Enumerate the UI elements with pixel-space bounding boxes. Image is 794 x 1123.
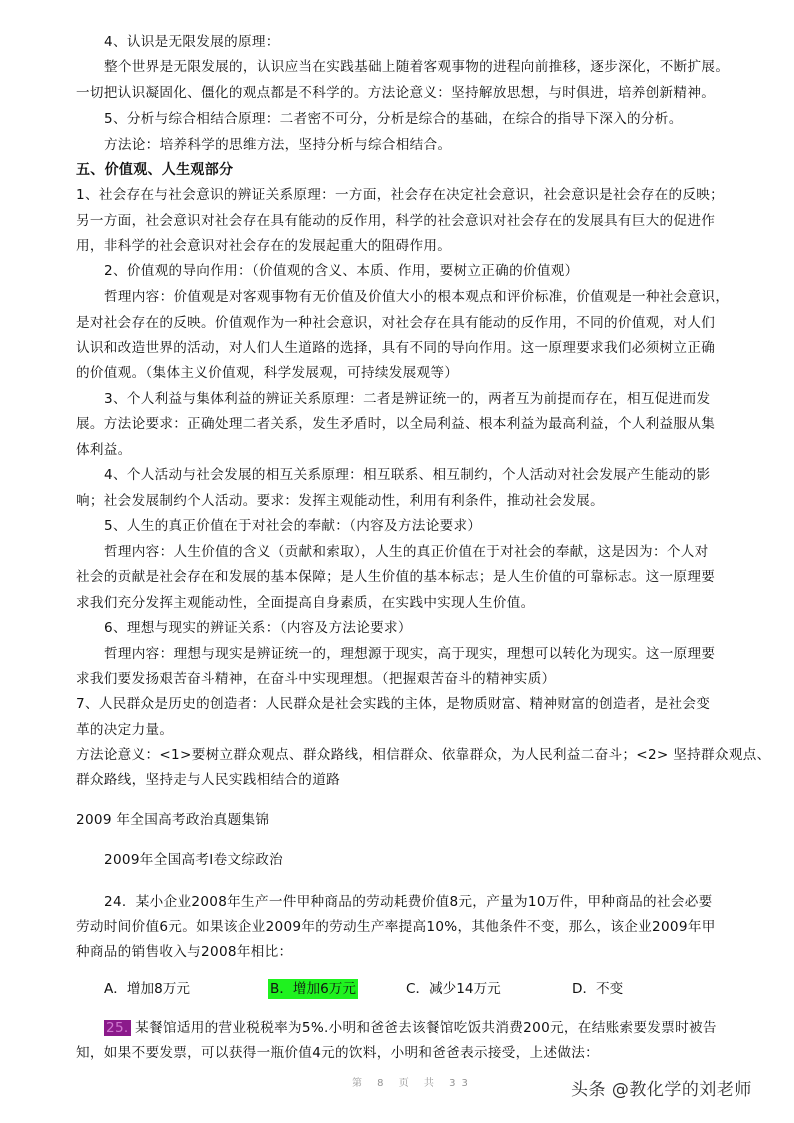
text-line: 5、分析与综合相结合原理：二者密不可分，分析是综合的基础，在综合的指导下深入的分… xyxy=(104,109,683,129)
collection-title: 2009 年全国高考政治真题集锦 xyxy=(76,810,269,830)
text-line: 6、理想与现实的辨证关系：（内容及方法论要求） xyxy=(104,618,412,638)
text-line: 一切把认识凝固化、僵化的观点都是不科学的。方法论意义：坚持解放思想，与时俱进，培… xyxy=(76,83,715,103)
text-line: 整个世界是无限发展的，认识应当在实践基础上随着客观事物的进程向前推移，逐步深化，… xyxy=(104,57,729,77)
text-line: 5、人生的真正价值在于对社会的奉献：（内容及方法论要求） xyxy=(104,516,481,536)
text-line: 的价值观。（集体主义价值观，科学发展观，可持续发展观等） xyxy=(76,363,458,383)
section-heading: 五、价值观、人生观部分 xyxy=(76,160,233,180)
q25-line-1: 25. 某餐馆适用的营业税税率为5%.小明和爸爸去该餐馆吃饭共消费200元，在结… xyxy=(104,1018,717,1038)
q25-number-highlight: 25. xyxy=(104,1020,131,1036)
q25-line-2: 知，如果不要发票，可以获得一瓶价值4元的饮料，小明和爸爸表示接受，上述做法： xyxy=(76,1043,599,1063)
option-d[interactable]: D．不变 xyxy=(572,979,623,999)
text-line: 群众路线，坚持走与人民实践相结合的道路 xyxy=(76,770,340,790)
question-24-line: 劳动时间价值6元。如果该企业2009年的劳动生产率提高10%，其他条件不变，那么… xyxy=(76,917,716,937)
text-line: 求我们要发扬艰苦奋斗精神，在奋斗中实现理想。（把握艰苦奋斗的精神实质） xyxy=(76,669,555,689)
option-b-highlighted[interactable]: B．增加6万元 xyxy=(268,979,358,999)
text-line: 方法论意义：<1>要树立群众观点、群众路线，相信群众、依靠群众，为人民利益二奋斗… xyxy=(76,745,771,765)
q24-options: A．增加8万元 B．增加6万元 C．减少14万元 D．不变 xyxy=(0,979,794,1001)
text-line: 方法论：培养科学的思维方法，坚持分析与综合相结合。 xyxy=(104,135,451,155)
option-c[interactable]: C．减少14万元 xyxy=(406,979,501,999)
watermark: 头条 @教化学的刘老师 xyxy=(571,1075,752,1100)
text-line: 4、个人活动与社会发展的相互关系原理：相互联系、相互制约，个人活动对社会发展产生… xyxy=(104,465,710,485)
option-a[interactable]: A．增加8万元 xyxy=(104,979,190,999)
text-line: 社会的贡献是社会存在和发展的基本保障；是人生价值的基本标志；是人生价值的可靠标志… xyxy=(76,567,715,587)
text-line: 求我们充分发挥主观能动性，全面提高自身素质，在实践中实现人生价值。 xyxy=(76,593,535,613)
text-line: 2、价值观的导向作用：（价值观的含义、本质、作用，要树立正确的价值观） xyxy=(104,261,579,281)
text-line: 革的决定力量。 xyxy=(76,720,173,740)
text-line: 哲理内容：价值观是对客观事物有无价值及价值大小的根本观点和评价标准，价值观是一种… xyxy=(104,287,729,307)
paper-title: 2009年全国高考I卷文综政治 xyxy=(104,850,283,870)
question-24-line: 种商品的销售收入与2008年相比： xyxy=(76,942,292,962)
text-line: 展。方法论要求：正确处理二者关系，发生矛盾时，以全局利益、根本利益为最高利益，个… xyxy=(76,414,715,434)
text-line: 3、个人利益与集体利益的辨证关系原理：二者是辨证统一的，两者互为前提而存在，相互… xyxy=(104,389,710,409)
text-line: 是对社会存在的反映。价值观作为一种社会意识，对社会存在具有能动的反作用，不同的价… xyxy=(76,313,715,333)
text-line: 用，非科学的社会意识对社会存在的发展起重大的阻碍作用。 xyxy=(76,236,451,256)
q25-text: 某餐馆适用的营业税税率为5%.小明和爸爸去该餐馆吃饭共消费200元，在结账索要发… xyxy=(135,1020,717,1036)
text-line: 1、社会存在与社会意识的辨证关系原理：一方面，社会存在决定社会意识，社会意识是社… xyxy=(76,185,724,205)
text-line: 另一方面，社会意识对社会存在具有能动的反作用，科学的社会意识对社会存在的发展具有… xyxy=(76,211,715,231)
text-line: 体利益。 xyxy=(76,440,132,460)
text-line: 认识和改造世界的活动，对人们人生道路的选择，具有不同的导向作用。这一原理要求我们… xyxy=(76,338,715,358)
text-line: 响；社会发展制约个人活动。要求：发挥主观能动性，利用有利条件，推动社会发展。 xyxy=(76,491,604,511)
text-line: 哲理内容：人生价值的含义（贡献和索取），人生的真正价值在于对社会的奉献，这是因为… xyxy=(104,542,709,562)
text-line: 7、人民群众是历史的创造者：人民群众是社会实践的主体，是物质财富、精神财富的创造… xyxy=(76,694,710,714)
question-24-line: 24．某小企业2008年生产一件甲种商品的劳动耗费价值8元，产量为10万件，甲种… xyxy=(104,892,713,912)
page-footer: 第 8 页 共 33 xyxy=(352,1074,474,1089)
text-line: 哲理内容：理想与现实是辨证统一的，理想源于现实，高于现实，理想可以转化为现实。这… xyxy=(104,644,715,664)
text-line: 4、认识是无限发展的原理： xyxy=(104,32,280,52)
